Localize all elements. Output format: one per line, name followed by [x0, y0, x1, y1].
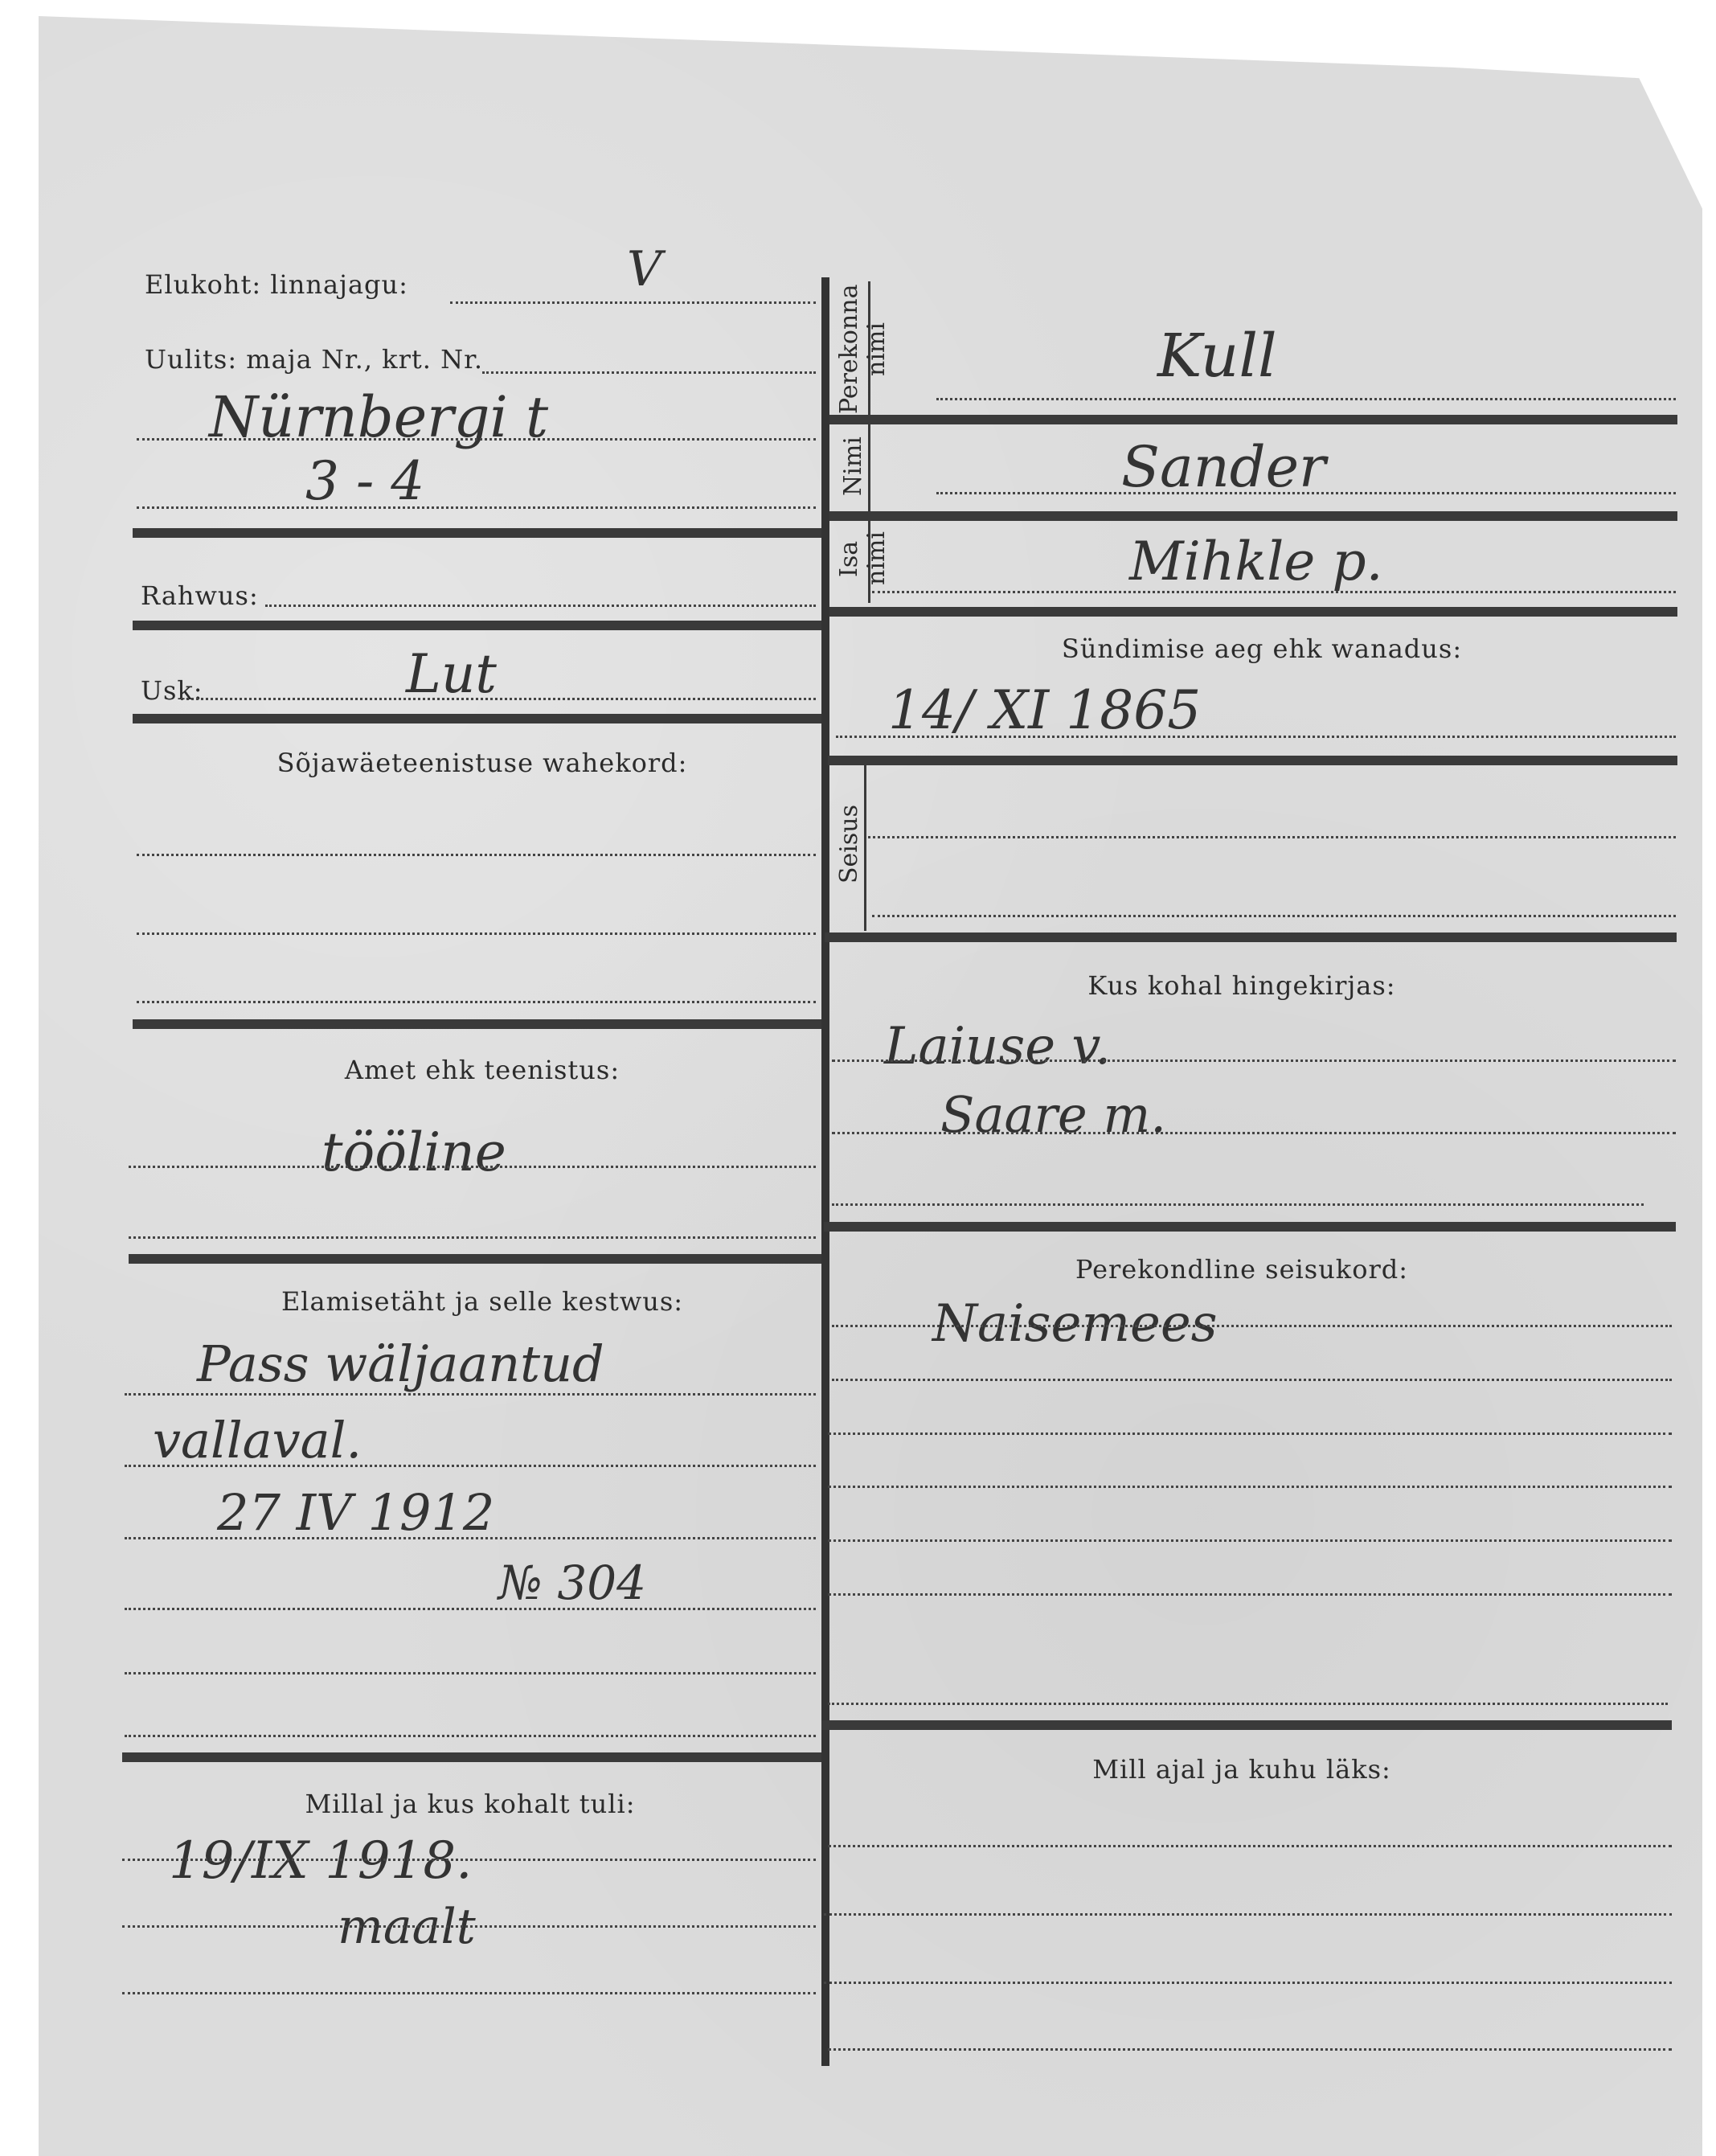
perekondline-line-5 [828, 1539, 1672, 1542]
seisus-line-1 [868, 836, 1676, 838]
sundimise-value: 14/ XI 1865 [888, 679, 1201, 741]
perekonnanimi-label: Perekonna nimi [836, 285, 891, 414]
section-divider [825, 932, 1677, 942]
elukoht-label: Elukoht: linnajagu: [145, 269, 408, 300]
elamisetaht-value-line3: 27 IV 1912 [217, 1483, 494, 1542]
elamisetaht-line-5 [125, 1672, 816, 1674]
perekonnanimi-line [936, 398, 1676, 400]
perekondline-line-6 [828, 1593, 1672, 1596]
usk-value: Lut [406, 643, 497, 705]
amet-line-2 [129, 1236, 816, 1239]
rahwus-line [265, 605, 816, 607]
perekondline-line-7 [828, 1703, 1668, 1705]
hingekirjas-line-3 [832, 1203, 1644, 1206]
section-divider [821, 1720, 1672, 1730]
section-divider [828, 756, 1677, 765]
lahkus-line-1 [828, 1845, 1672, 1847]
seisus-label: Seisus [836, 800, 863, 888]
elamisetaht-line-4 [125, 1608, 816, 1610]
elamisetaht-line-3 [125, 1537, 816, 1539]
perekonnanimi-value: Kull [1157, 322, 1277, 391]
uulits-label: Uulits: maja Nr., krt. Nr. [145, 344, 483, 375]
sundimise-line [836, 736, 1676, 738]
lahkus-line-3 [824, 1982, 1672, 1984]
sojavae-line-2 [137, 932, 816, 935]
perekondline-line-1 [832, 1325, 1672, 1327]
uulits-value-line2: 3 - 4 [305, 450, 424, 512]
center-divider [821, 277, 829, 2066]
elamisetaht-line-2 [125, 1465, 816, 1467]
perekondline-line-4 [828, 1486, 1672, 1488]
section-divider [829, 415, 1677, 424]
hingekirjas-line-2 [832, 1132, 1676, 1134]
millal-line-1 [122, 1859, 816, 1861]
elukoht-value: V [627, 241, 661, 297]
section-divider [829, 607, 1677, 617]
uulits-line-3 [137, 506, 816, 509]
millal-line-3 [122, 1992, 816, 1994]
millal-value-line1: 19/IX 1918. [169, 1831, 472, 1891]
section-divider [829, 511, 1677, 521]
amet-label: Amet ehk teenistus: [345, 1055, 620, 1085]
perekondline-line-3 [828, 1433, 1672, 1435]
elamisetaht-value-line1: Pass wäljaantud [197, 1334, 604, 1393]
hingekirjas-label: Kus kohal hingekirjas: [1087, 970, 1395, 1001]
usk-label: Usk: [141, 675, 203, 706]
isanimi-value: Mihkle p. [1129, 531, 1383, 592]
section-divider [133, 714, 821, 723]
uulits-line-2 [137, 438, 816, 441]
nimi-label: Nimi [840, 430, 867, 502]
uulits-line [482, 371, 816, 374]
sojavae-line-3 [137, 1001, 816, 1003]
elamisetaht-label: Elamisetäht ja selle kestwus: [281, 1286, 683, 1317]
elamisetaht-line-1 [125, 1393, 816, 1396]
section-divider [133, 621, 821, 630]
elamisetaht-line-6 [125, 1735, 816, 1737]
section-divider [133, 1019, 821, 1029]
sojavae-label: Sõjawäeteenistuse wahekord: [277, 748, 688, 778]
nimi-line [936, 492, 1676, 494]
section-divider [122, 1752, 821, 1762]
elukoht-line [450, 301, 816, 304]
millal-line-2 [122, 1925, 816, 1928]
hingekirjas-value-line2: Saare m. [940, 1085, 1166, 1144]
lahkus-line-4 [828, 2048, 1672, 2051]
nimi-value: Sander [1121, 434, 1325, 500]
hingekirjas-line-1 [832, 1060, 1676, 1062]
usk-line [181, 698, 816, 700]
elamisetaht-value-line4: № 304 [498, 1556, 646, 1610]
millal-label: Millal ja kus kohalt tuli: [305, 1789, 635, 1819]
hingekirjas-value-line1: Laiuse v. [884, 1017, 1111, 1076]
rahwus-label: Rahwus: [141, 580, 259, 611]
lahkus-line-2 [824, 1913, 1672, 1916]
lahkus-label: Mill ajal ja kuhu läks: [1092, 1754, 1391, 1785]
elamisetaht-value-line2: vallaval. [153, 1411, 362, 1469]
isanimi-label: Isa nimi [836, 527, 891, 591]
seisus-line-2 [872, 915, 1676, 917]
section-divider [129, 1254, 821, 1264]
section-divider [133, 528, 821, 538]
amet-line-1 [129, 1166, 816, 1168]
seisus-column-divider [864, 762, 866, 931]
sundimise-label: Sündimise aeg ehk wanadus: [1062, 633, 1462, 664]
amet-value: tööline [321, 1121, 506, 1183]
section-divider [824, 1222, 1676, 1232]
perekondline-line-2 [832, 1379, 1672, 1381]
sojavae-line-1 [137, 854, 816, 856]
isanimi-line [872, 591, 1676, 593]
perekondline-value: Naisemees [932, 1294, 1218, 1354]
perekondline-label: Perekondline seisukord: [1075, 1254, 1408, 1285]
